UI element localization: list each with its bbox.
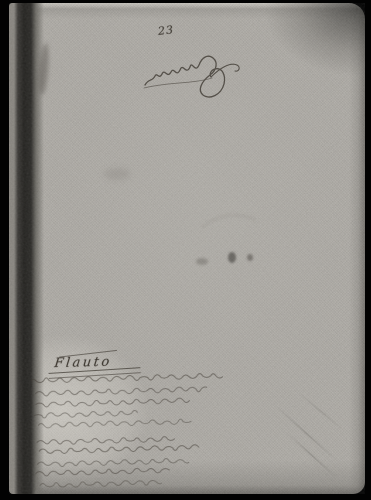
- signature-stroke: [145, 56, 225, 97]
- page-number: 23: [157, 23, 174, 38]
- corner-crease: [298, 392, 345, 431]
- stain-ring: [192, 210, 270, 268]
- handwritten-line: [35, 468, 169, 477]
- spine-ink-smudge: [38, 43, 50, 95]
- stain-spot: [196, 258, 208, 265]
- owner-signature-icon: [142, 52, 260, 104]
- book-cover: 23 Flauto: [9, 3, 365, 494]
- corner-crease: [275, 405, 339, 463]
- stain-spot: [228, 252, 236, 263]
- photo-background: 23 Flauto: [0, 0, 371, 500]
- handwritten-line: [38, 419, 191, 428]
- handwritten-line: [35, 398, 189, 407]
- corner-crease: [286, 432, 339, 480]
- handwritten-list: Flauto: [26, 347, 240, 495]
- signature-tail: [211, 64, 239, 77]
- handwritten-line: [34, 410, 138, 418]
- stain-spot: [247, 254, 253, 261]
- stain-smudge: [104, 168, 130, 180]
- handwritten-line: [39, 445, 199, 454]
- handwritten-line: [40, 480, 162, 488]
